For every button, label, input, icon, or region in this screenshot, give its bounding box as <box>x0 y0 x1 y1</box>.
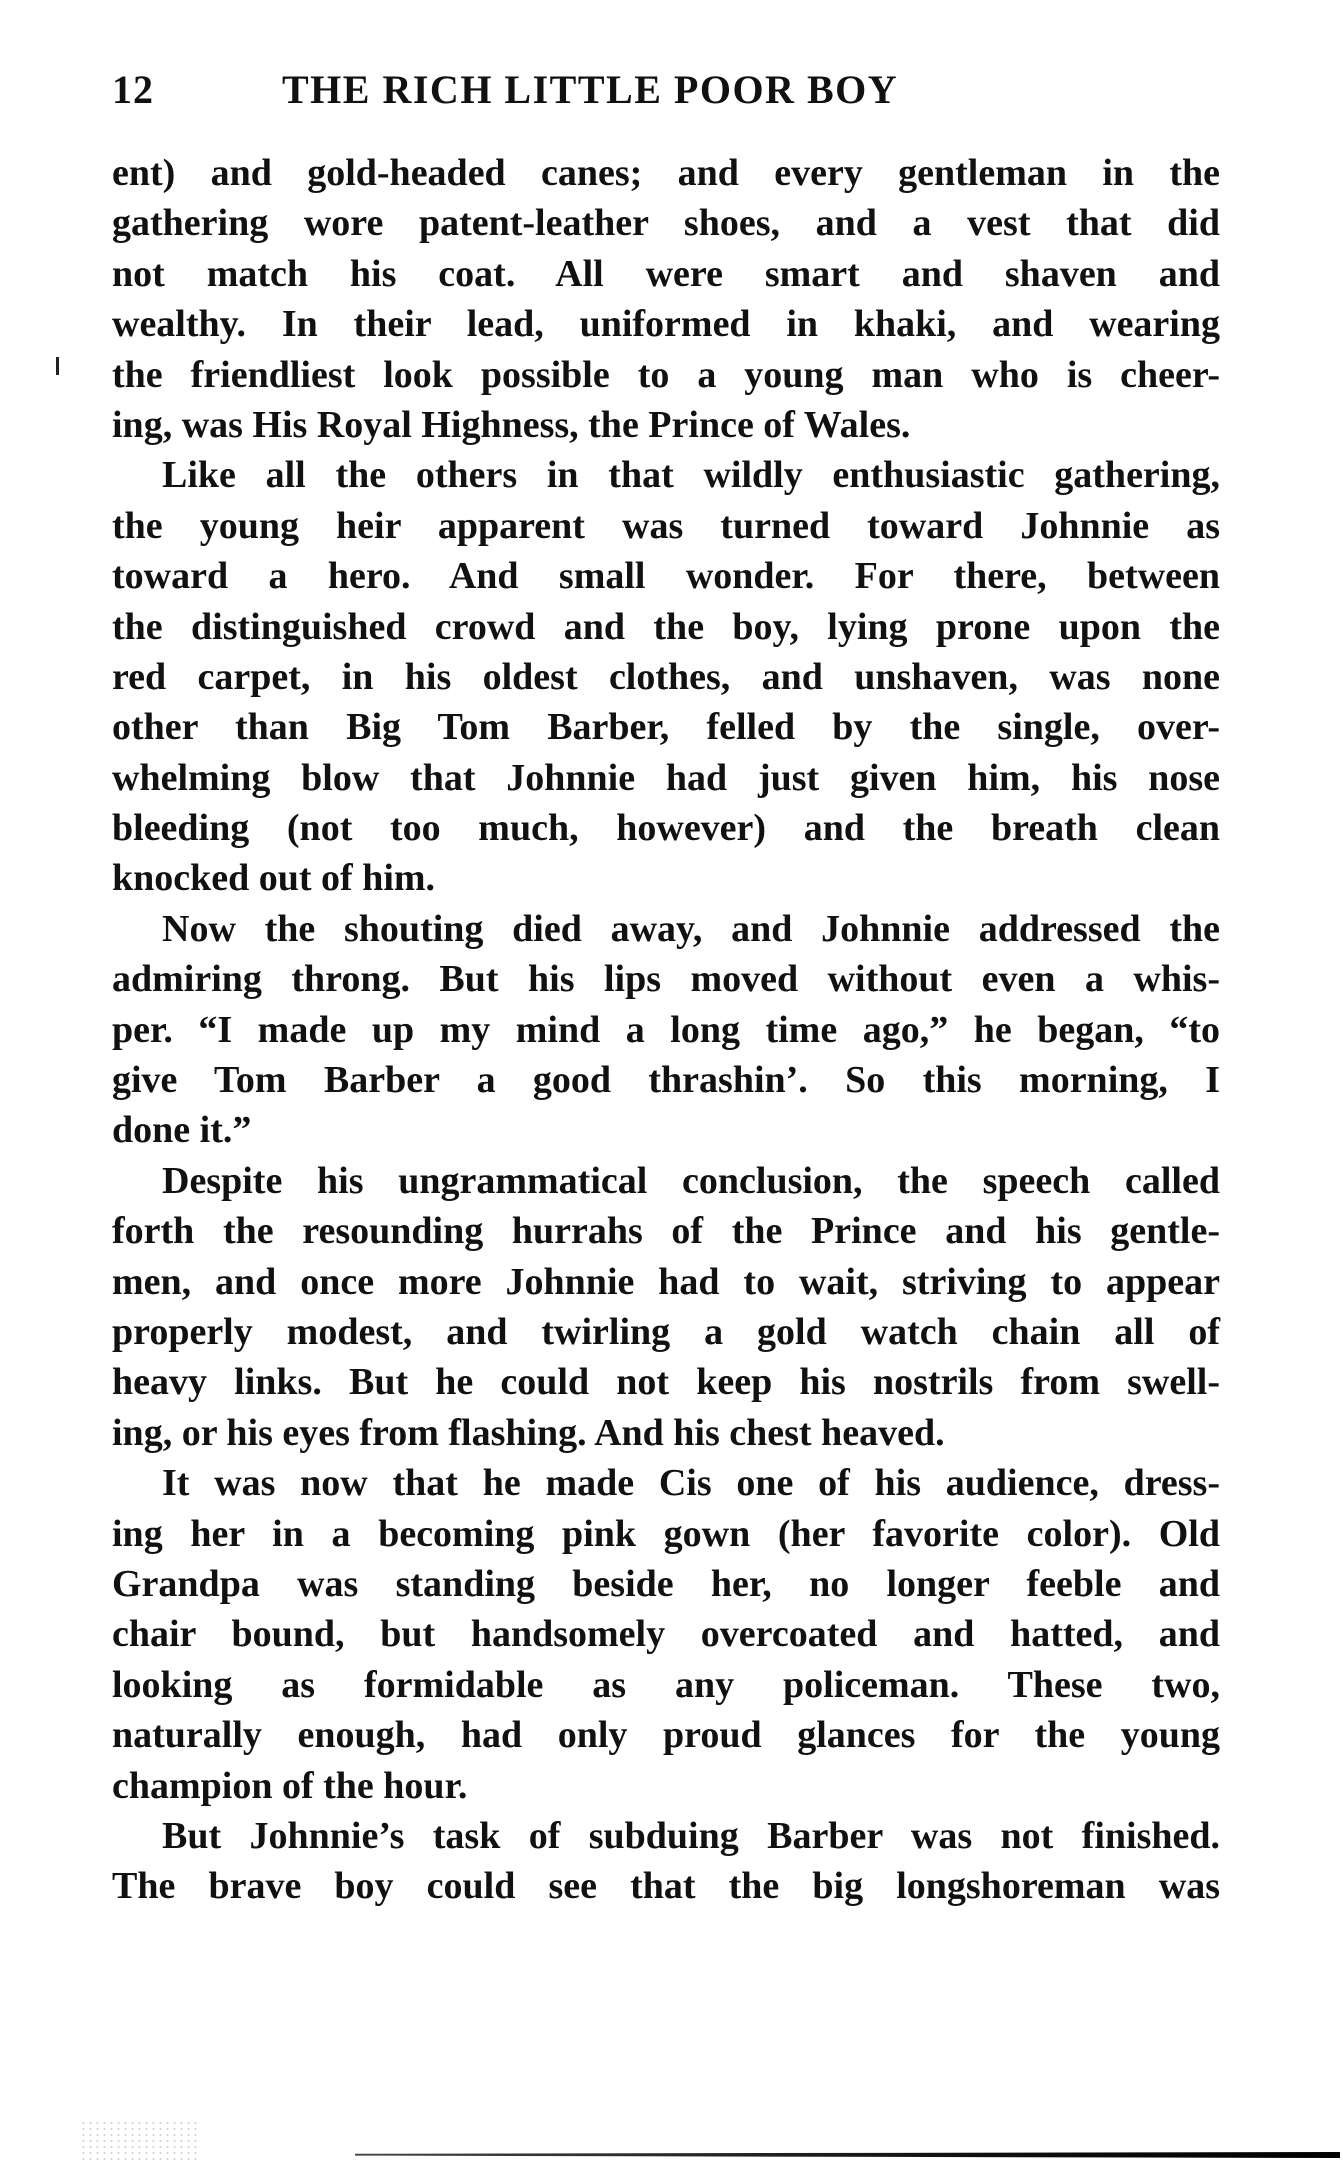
text-line: admiring throng. But his lips moved with… <box>112 954 1220 1004</box>
text-line: whelming blow that Johnnie had just give… <box>112 753 1220 803</box>
text-line: Like all the others in that wildly enthu… <box>112 450 1220 500</box>
text-line: done it.” <box>112 1105 1220 1155</box>
margin-mark <box>56 357 59 375</box>
page-number: 12 <box>112 66 154 113</box>
text-line: give Tom Barber a good thrashin’. So thi… <box>112 1055 1220 1105</box>
text-line: ent) and gold-headed canes; and every ge… <box>112 148 1220 198</box>
paragraph: Despite his ungrammatical conclusion, th… <box>112 1156 1220 1458</box>
text-line: per. “I made up my mind a long time ago,… <box>112 1005 1220 1055</box>
text-line: naturally enough, had only proud glances… <box>112 1710 1220 1760</box>
text-line: red carpet, in his oldest clothes, and u… <box>112 652 1220 702</box>
text-line: ing, or his eyes from flashing. And his … <box>112 1408 1220 1458</box>
paragraph: It was now that he made Cis one of his a… <box>112 1458 1220 1811</box>
text-line: toward a hero. And small wonder. For the… <box>112 551 1220 601</box>
text-line: champion of the hour. <box>112 1761 1220 1811</box>
text-line: bleeding (not too much, however) and the… <box>112 803 1220 853</box>
text-line: But Johnnie’s task of subduing Barber wa… <box>112 1811 1220 1861</box>
running-head: 12 THE RICH LITTLE POOR BOY <box>112 66 1232 116</box>
text-line: ing, was His Royal Highness, the Prince … <box>112 400 1220 450</box>
book-title: THE RICH LITTLE POOR BOY <box>282 66 898 113</box>
text-line: forth the resounding hurrahs of the Prin… <box>112 1206 1220 1256</box>
scan-speckle <box>80 2120 200 2160</box>
text-line: properly modest, and twirling a gold wat… <box>112 1307 1220 1357</box>
book-page: 12 THE RICH LITTLE POOR BOY ent) and gol… <box>0 0 1343 2166</box>
text-line: The brave boy could see that the big lon… <box>112 1861 1220 1911</box>
paragraph: Like all the others in that wildly enthu… <box>112 450 1220 904</box>
text-line: heavy links. But he could not keep his n… <box>112 1357 1220 1407</box>
text-line: other than Big Tom Barber, felled by the… <box>112 702 1220 752</box>
text-line: chair bound, but handsomely overcoated a… <box>112 1609 1220 1659</box>
text-line: men, and once more Johnnie had to wait, … <box>112 1257 1220 1307</box>
text-line: Despite his ungrammatical conclusion, th… <box>112 1156 1220 1206</box>
paragraph: But Johnnie’s task of subduing Barber wa… <box>112 1811 1220 1912</box>
text-line: It was now that he made Cis one of his a… <box>112 1458 1220 1508</box>
text-line: wealthy. In their lead, uniformed in kha… <box>112 299 1220 349</box>
body-text: ent) and gold-headed canes; and every ge… <box>112 148 1220 1912</box>
text-line: knocked out of him. <box>112 853 1220 903</box>
text-line: the friendliest look possible to a young… <box>112 350 1220 400</box>
text-line: the distinguished crowd and the boy, lyi… <box>112 602 1220 652</box>
text-line: Now the shouting died away, and Johnnie … <box>112 904 1220 954</box>
text-line: Grandpa was standing beside her, no long… <box>112 1559 1220 1609</box>
text-line: ing her in a becoming pink gown (her fav… <box>112 1509 1220 1559</box>
paragraph: Now the shouting died away, and Johnnie … <box>112 904 1220 1156</box>
text-line: not match his coat. All were smart and s… <box>112 249 1220 299</box>
text-line: looking as formidable as any policeman. … <box>112 1660 1220 1710</box>
page-edge-shadow <box>355 2152 1340 2158</box>
paragraph: ent) and gold-headed canes; and every ge… <box>112 148 1220 450</box>
text-line: the young heir apparent was turned towar… <box>112 501 1220 551</box>
text-line: gathering wore patent-leather shoes, and… <box>112 198 1220 248</box>
